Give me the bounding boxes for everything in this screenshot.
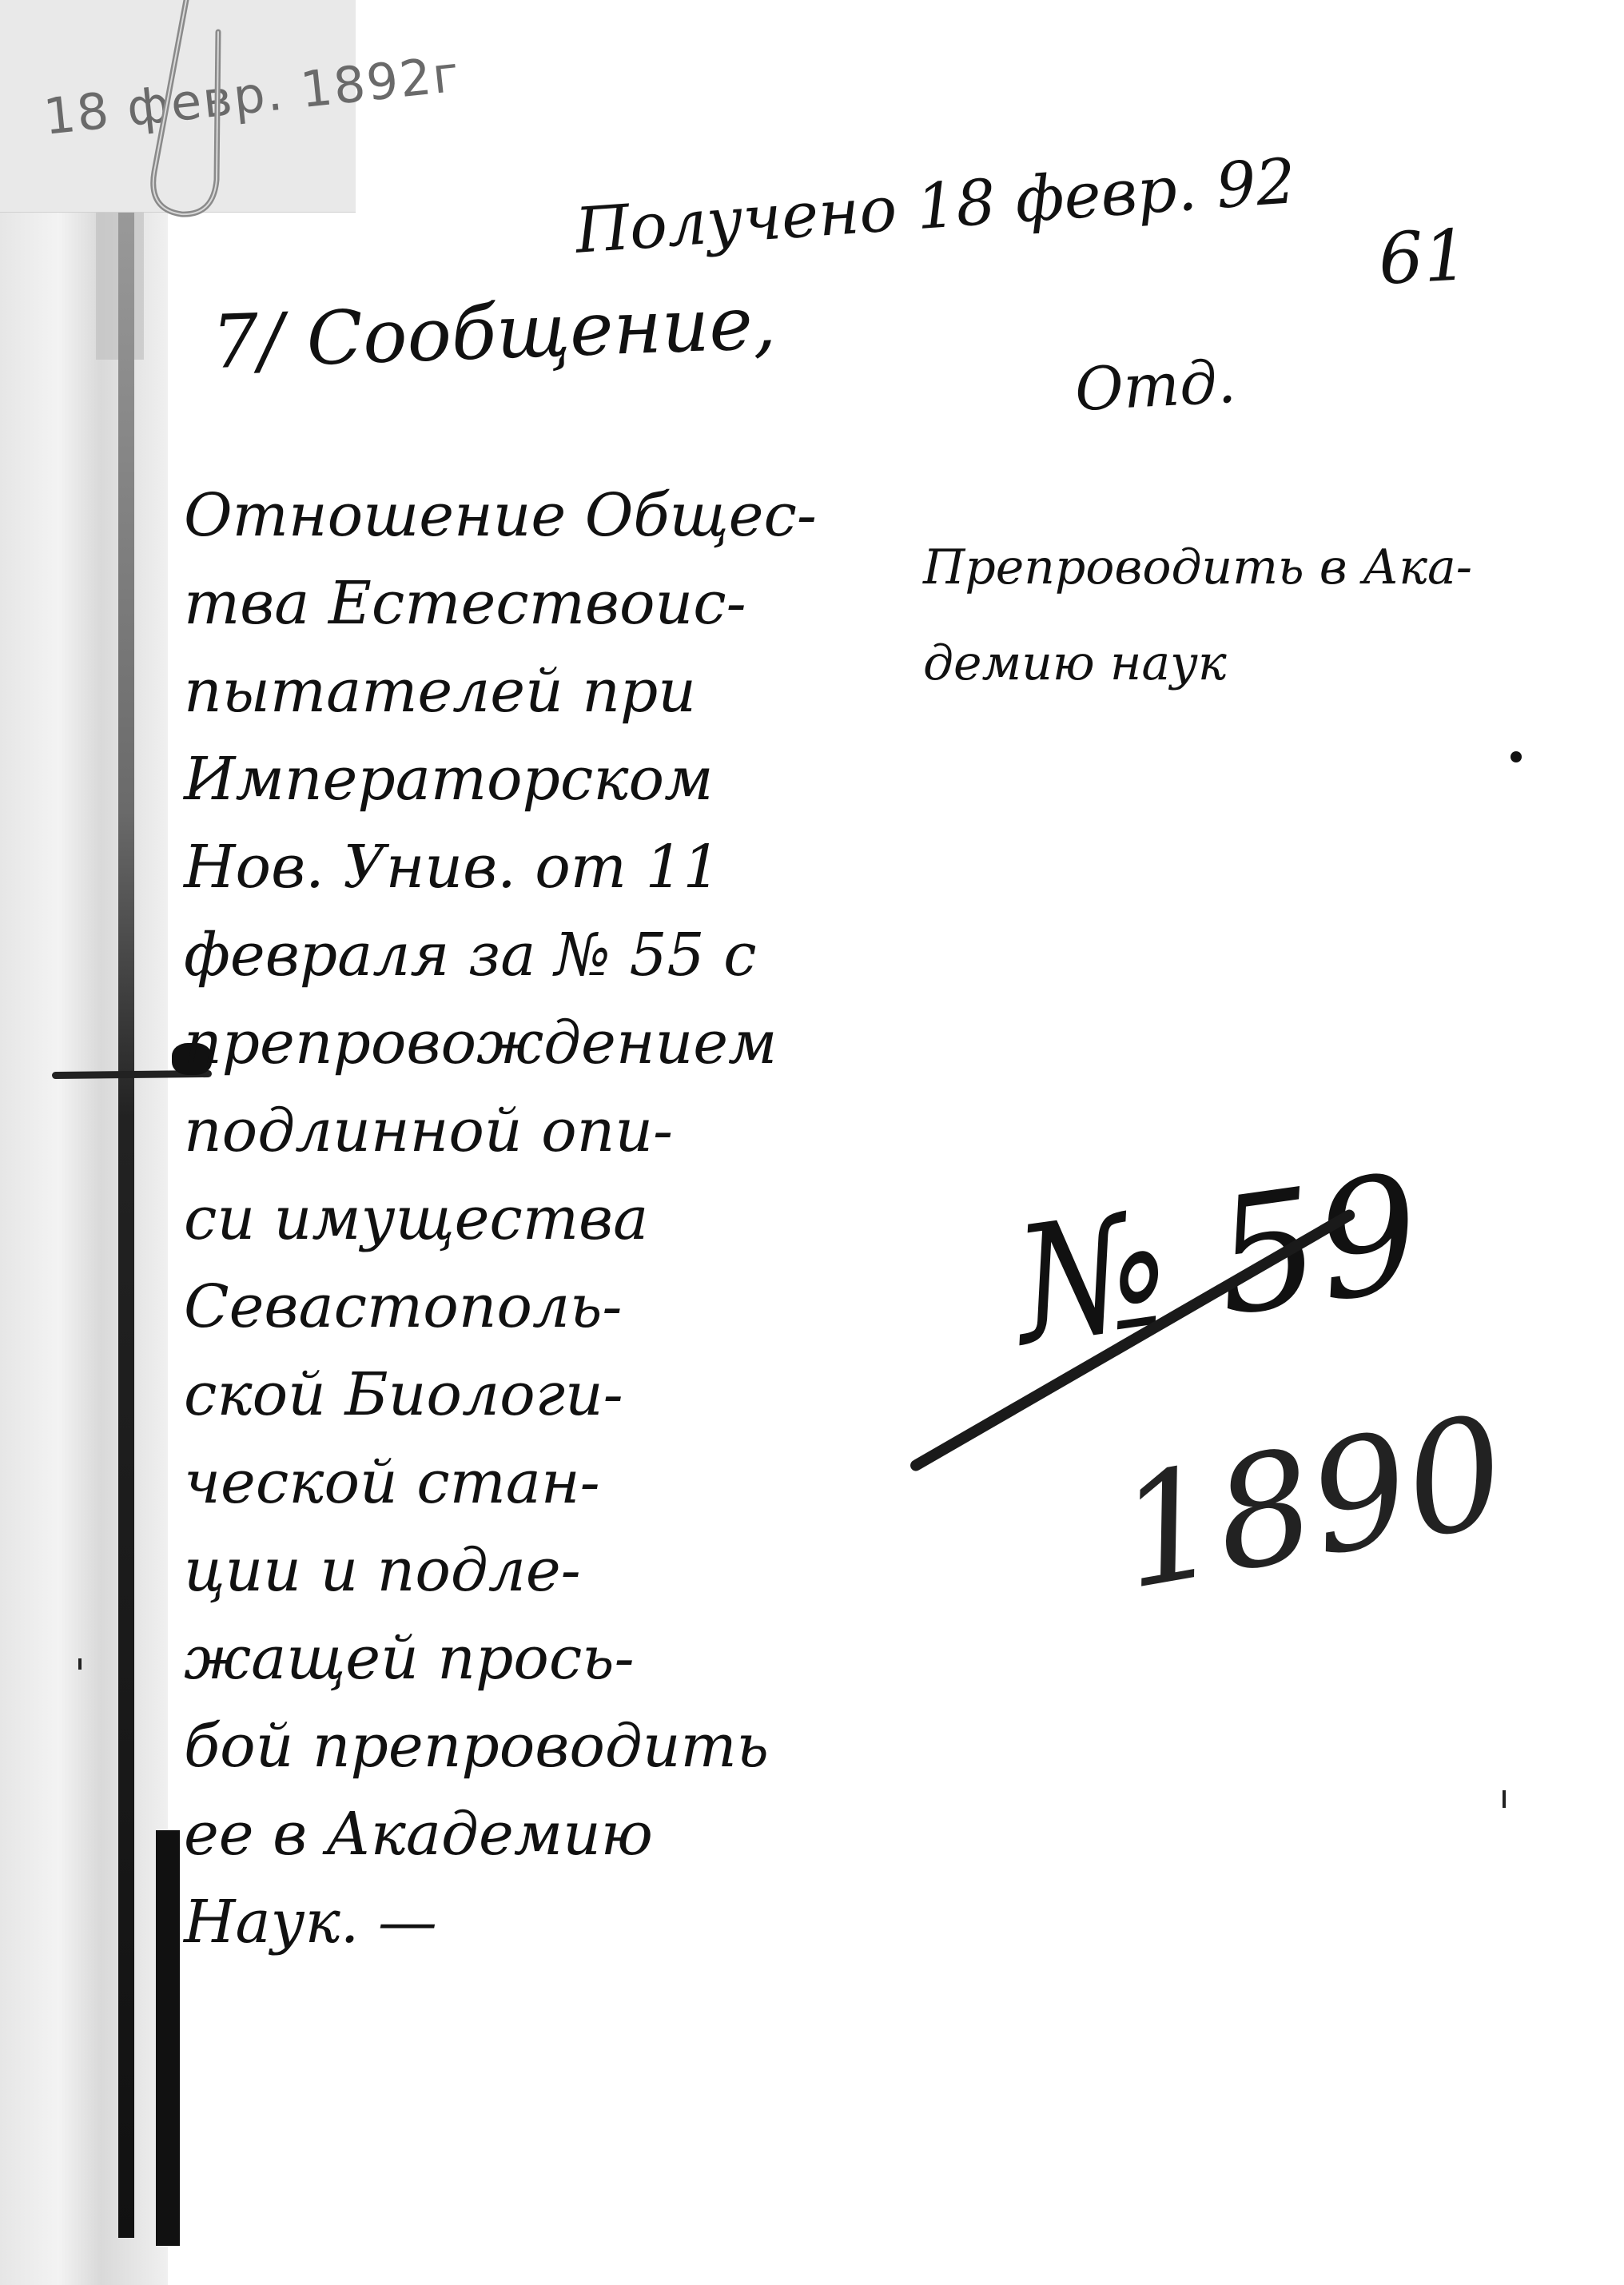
body-line: жащей прось- bbox=[184, 1614, 903, 1702]
binding-edge-line-lower bbox=[156, 1830, 180, 2246]
ink-mark bbox=[78, 1658, 82, 1670]
body-line: подлинной опи- bbox=[184, 1087, 903, 1175]
ink-mark bbox=[1503, 1790, 1506, 1808]
body-line: тва Естествоис- bbox=[184, 559, 903, 647]
body-line: ческой стан- bbox=[184, 1439, 903, 1527]
document-page: 18 февр. 1892г Получено 18 февр. 92 61 7… bbox=[0, 0, 1624, 2285]
body-line: ее в Академию bbox=[184, 1790, 903, 1878]
binding-edge-line bbox=[118, 200, 134, 2238]
received-stamp: Получено 18 февр. 92 bbox=[573, 145, 1298, 268]
body-line: Севастополь- bbox=[184, 1263, 903, 1351]
body-line: Нов. Унив. от 11 bbox=[184, 823, 903, 911]
letter-body: Отношение Общес- тва Естествоис- пытател… bbox=[184, 472, 903, 1966]
resolution-line: демию наук bbox=[923, 615, 1562, 711]
body-line: февраля за № 55 с bbox=[184, 911, 903, 999]
body-line: пытателей при bbox=[184, 647, 903, 735]
body-line: ции и подле- bbox=[184, 1527, 903, 1614]
registration-year: 1890 bbox=[1106, 1383, 1518, 1624]
folio-number: 61 bbox=[1376, 213, 1470, 301]
paperclip-icon bbox=[124, 0, 228, 224]
resolution-line: Препроводить в Ака- bbox=[923, 519, 1562, 615]
body-line: Отношение Общес- bbox=[184, 472, 903, 559]
department-mark: Отд. bbox=[1073, 348, 1237, 424]
binding-margin bbox=[0, 200, 168, 2285]
body-line: си имущества bbox=[184, 1175, 903, 1263]
archive-date-text: 18 февр. 1892г bbox=[41, 44, 463, 145]
registration-number: № 59 bbox=[1004, 1140, 1431, 1380]
resolution-note: Препроводить в Ака- демию наук bbox=[923, 519, 1562, 711]
body-line: бой препроводить bbox=[184, 1702, 903, 1790]
body-line: Императорском bbox=[184, 735, 903, 823]
ink-dot bbox=[1511, 751, 1522, 762]
document-heading: 7/ Сообщение, bbox=[210, 280, 777, 385]
body-line: препровождением bbox=[184, 999, 903, 1087]
body-line: Наук. — bbox=[184, 1878, 903, 1966]
body-line: ской Биологи- bbox=[184, 1351, 903, 1439]
